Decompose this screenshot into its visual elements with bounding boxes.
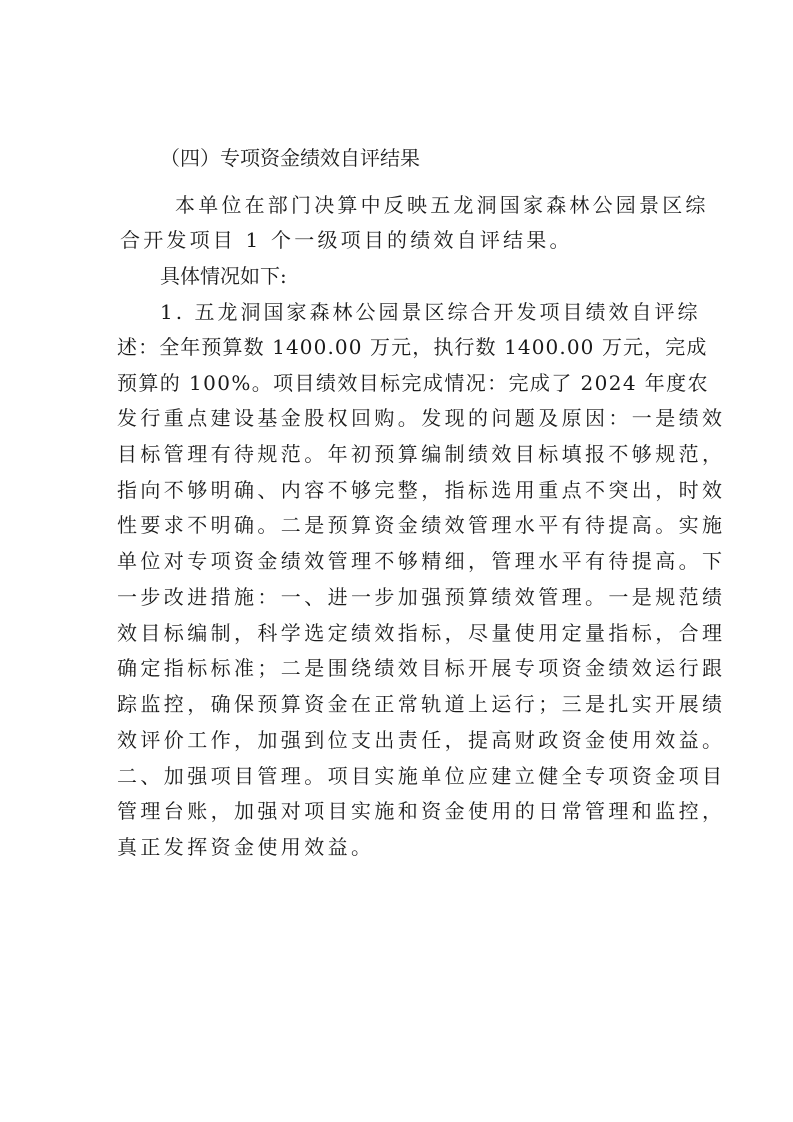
item1-line-7: 性要求不明确。二是预算资金绩效管理水平有待提高。实施 <box>117 513 725 537</box>
item1-line-1: 1. 五龙洞国家森林公园景区综合开发项目绩效自评综 <box>160 300 700 324</box>
item1-line-11: 确定指标标准；二是围绕绩效目标开展专项资金绩效运行跟 <box>117 656 725 680</box>
item1-line-9: 一步改进措施：一、进一步加强预算绩效管理。一是规范绩 <box>117 585 725 609</box>
intro-line-1: 本单位在部门决算中反映五龙洞国家森林公园景区综 <box>175 193 709 217</box>
item1-line-2: 述：全年预算数 1400.00 万元，执行数 1400.00 万元，完成 <box>117 335 707 359</box>
item1-line-6: 指向不够明确、内容不够完整，指标选用重点不突出，时效 <box>117 478 725 502</box>
item1-line-5: 目标管理有待规范。年初预算编制绩效目标填报不够规范， <box>117 442 725 466</box>
item1-line-13: 效评价工作，加强到位支出责任，提高财政资金使用效益。 <box>117 728 725 752</box>
item1-line-10: 效目标编制，科学选定绩效指标，尽量使用定量指标，合理 <box>117 621 725 645</box>
item1-line-3: 预算的 100%。项目绩效目标完成情况：完成了 2024 年度农 <box>117 371 709 395</box>
section-heading: （四）专项资金绩效自评结果 <box>160 146 420 170</box>
item1-line-8: 单位对专项资金绩效管理不够精细，管理水平有待提高。下 <box>117 549 725 573</box>
item1-line-14: 二、加强项目管理。项目实施单位应建立健全专项资金项目 <box>117 764 725 788</box>
intro-line-2: 合开发项目 1 个一级项目的绩效自评结果。 <box>120 228 573 252</box>
item1-line-15: 管理台账，加强对项目实施和资金使用的日常管理和监控， <box>117 799 725 823</box>
item1-line-4: 发行重点建设基金股权回购。发现的问题及原因：一是绩效 <box>117 406 725 430</box>
details-label: 具体情况如下: <box>160 264 287 288</box>
item1-line-12: 踪监控，确保预算资金在正常轨道上运行；三是扎实开展绩 <box>117 692 725 716</box>
item1-line-16: 真正发挥资金使用效益。 <box>117 835 374 859</box>
